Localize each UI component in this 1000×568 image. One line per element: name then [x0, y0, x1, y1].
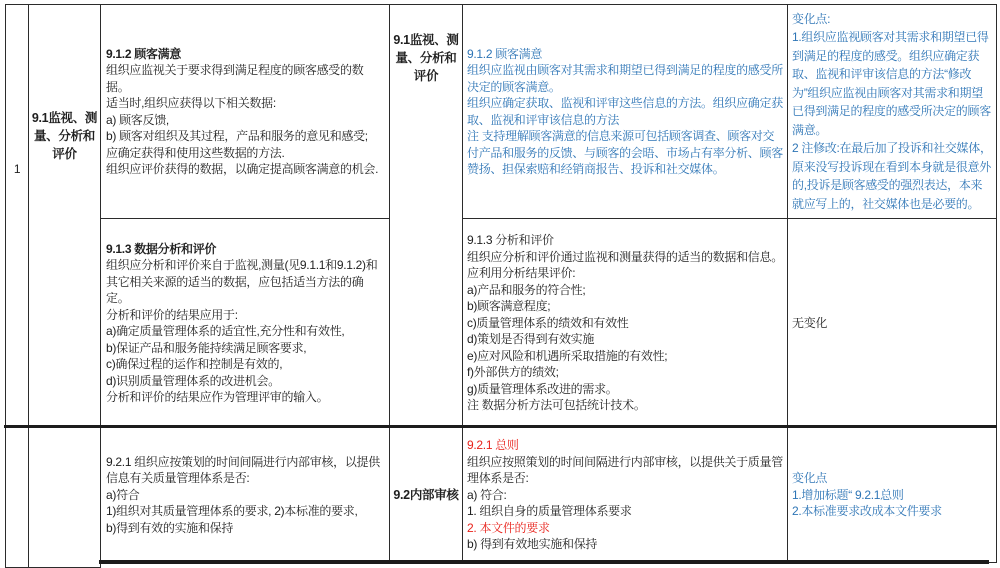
text-line: 1. 组织自身的质量管理体系要求: [467, 503, 784, 520]
text-line: 2.本标准要求改成本文件要求: [792, 503, 993, 520]
text-line: g)质量管理体系改进的需求。: [467, 381, 784, 398]
thick-row-divider: [4, 425, 997, 428]
text-line: a) 顾客反馈,: [106, 112, 386, 129]
text-line: 9.2.1 总则: [467, 437, 784, 454]
new-clause-9-2-1-cell: 9.2.1 总则组织应按照策划的时间间隔进行内部审核，以提供关于质量管理体系是否…: [462, 427, 788, 563]
text-line: 9.1.2 顾客满意: [106, 46, 386, 63]
text-line: 组织应监视关于要求得到满足程度的顾客感受的数据。: [106, 62, 386, 95]
text-line: 应确定获得和使用这些数据的方法.: [106, 145, 386, 162]
change-notes-9-1-2-cell: 变化点:1.组织应监视顾客对其需求和期望已得到满足的程度的感受。组织应确定获取、…: [787, 4, 997, 219]
text-line: 组织应评价获得的数据，以确定提高顾客满意的机会.: [106, 161, 386, 178]
text-line: e)应对风险和机遇所采取措施的有效性;: [467, 348, 784, 365]
text-line: 适当时,组织应获得以下相关数据:: [106, 95, 386, 112]
new-clause-9-1-3-cell: 9.1.3 分析和评价组织应分析和评价通过监视和测量获得的适当的数据和信息。应利…: [462, 218, 788, 428]
empty-clause-header-cell: [28, 427, 101, 568]
text-line: a)产品和服务的符合性;: [467, 282, 784, 299]
text-line: 组织应监视由顾客对其需求和期望已得到满足的程度的感受所决定的顾客满意。: [467, 62, 784, 95]
text-line: 1.增加标题“ 9.2.1总则: [792, 487, 993, 504]
new-clause-header-cell: 9.1监视、测量、分析和评价: [389, 4, 463, 428]
text-line: 无变化: [792, 315, 993, 332]
text-line: 1.组织应监视顾客对其需求和期望已得到满足的程度的感受。组织应确定获取、监视和评…: [792, 28, 993, 139]
internal-audit-header-cell: 9.2内部审核: [389, 427, 463, 563]
text-line: b) 得到有效地实施和保持: [467, 536, 784, 553]
text-line: 分析和评价的结果应作为管理评审的输入。: [106, 389, 386, 406]
text-line: 9.1.3 数据分析和评价: [106, 241, 386, 258]
old-clause-header-cell: 9.1监视、测量、分析和评价: [28, 4, 101, 428]
text-line: 1)组织对其质量管理体系的要求, 2)本标准的要求,: [106, 503, 386, 520]
old-clause-9-1-2-cell: 9.1.2 顾客满意组织应监视关于要求得到满足程度的顾客感受的数据。适当时,组织…: [100, 4, 390, 219]
text-line: a) 符合:: [467, 487, 784, 504]
standard-comparison-document: 1 9.1监视、测量、分析和评价 9.1.2 顾客满意组织应监视关于要求得到满足…: [0, 0, 1000, 568]
text-line: b)保证产品和服务能持续满足顾客要求,: [106, 340, 386, 357]
text-line: 组织应分析和评价通过监视和测量获得的适当的数据和信息。: [467, 249, 784, 266]
text-line: a)确定质量管理体系的适宜性,充分性和有效性,: [106, 323, 386, 340]
text-line: 组织应确定获取、监视和评审这些信息的方法。组织应确定获取、监视和评审该信息的方法: [467, 95, 784, 128]
new-clause-9-1-2-cell: 9.1.2 顾客满意组织应监视由顾客对其需求和期望已得到满足的程度的感受所决定的…: [462, 4, 788, 219]
old-clause-9-2-1-cell: 9.2.1 组织应按策划的时间间隔进行内部审核，以提供信息有关质量管理体系是否:…: [100, 427, 390, 563]
text-line: b)得到有效的实施和保持: [106, 520, 386, 537]
text-line: 组织应分析和评价来自于监视,测量(见9.1.1和9.1.2)和其它相关来源的适当…: [106, 257, 386, 307]
text-line: b)顾客满意程度;: [467, 298, 784, 315]
text-line: d)策划是否得到有效实施: [467, 331, 784, 348]
text-line: 注 支持理解顾客满意的信息来源可包括顾客调查、顾客对交付产品和服务的反馈、与顾客…: [467, 128, 784, 178]
text-line: c)确保过程的运作和控制是有效的,: [106, 356, 386, 373]
text-line: 组织应按照策划的时间间隔进行内部审核，以提供关于质量管理体系是否:: [467, 454, 784, 487]
text-line: f)外部供方的绩效;: [467, 364, 784, 381]
row-number-cell: 1: [5, 4, 29, 428]
text-line: 变化点:: [792, 10, 993, 29]
empty-row-number-cell: [5, 427, 29, 568]
thick-bottom-border: [99, 560, 989, 564]
text-line: d)识别质量管理体系的改进机会。: [106, 373, 386, 390]
text-line: 变化点: [792, 470, 993, 487]
text-line: 2 注修改:在最后加了投诉和社交媒体，原来没写投诉现在看到本身就是很意外的,投诉…: [792, 139, 993, 213]
text-line: 9.2.1 组织应按策划的时间间隔进行内部审核，以提供信息有关质量管理体系是否:: [106, 454, 386, 487]
text-line: 2. 本文件的要求: [467, 520, 784, 537]
text-line: 注 数据分析方法可包括统计技术。: [467, 397, 784, 414]
old-clause-9-1-3-cell: 9.1.3 数据分析和评价组织应分析和评价来自于监视,测量(见9.1.1和9.1…: [100, 218, 390, 428]
text-line: 9.1.2 顾客满意: [467, 46, 784, 63]
text-line: 分析和评价的结果应用于:: [106, 307, 386, 324]
text-line: 9.1.3 分析和评价: [467, 232, 784, 249]
text-line: c)质量管理体系的绩效和有效性: [467, 315, 784, 332]
text-line: a)符合: [106, 487, 386, 504]
change-notes-9-2-1-cell: 变化点1.增加标题“ 9.2.1总则2.本标准要求改成本文件要求: [787, 427, 997, 563]
text-line: b) 顾客对组织及其过程，产品和服务的意见和感受;: [106, 128, 386, 145]
text-line: 应利用分析结果评价:: [467, 265, 784, 282]
change-notes-9-1-3-cell: 无变化: [787, 218, 997, 428]
